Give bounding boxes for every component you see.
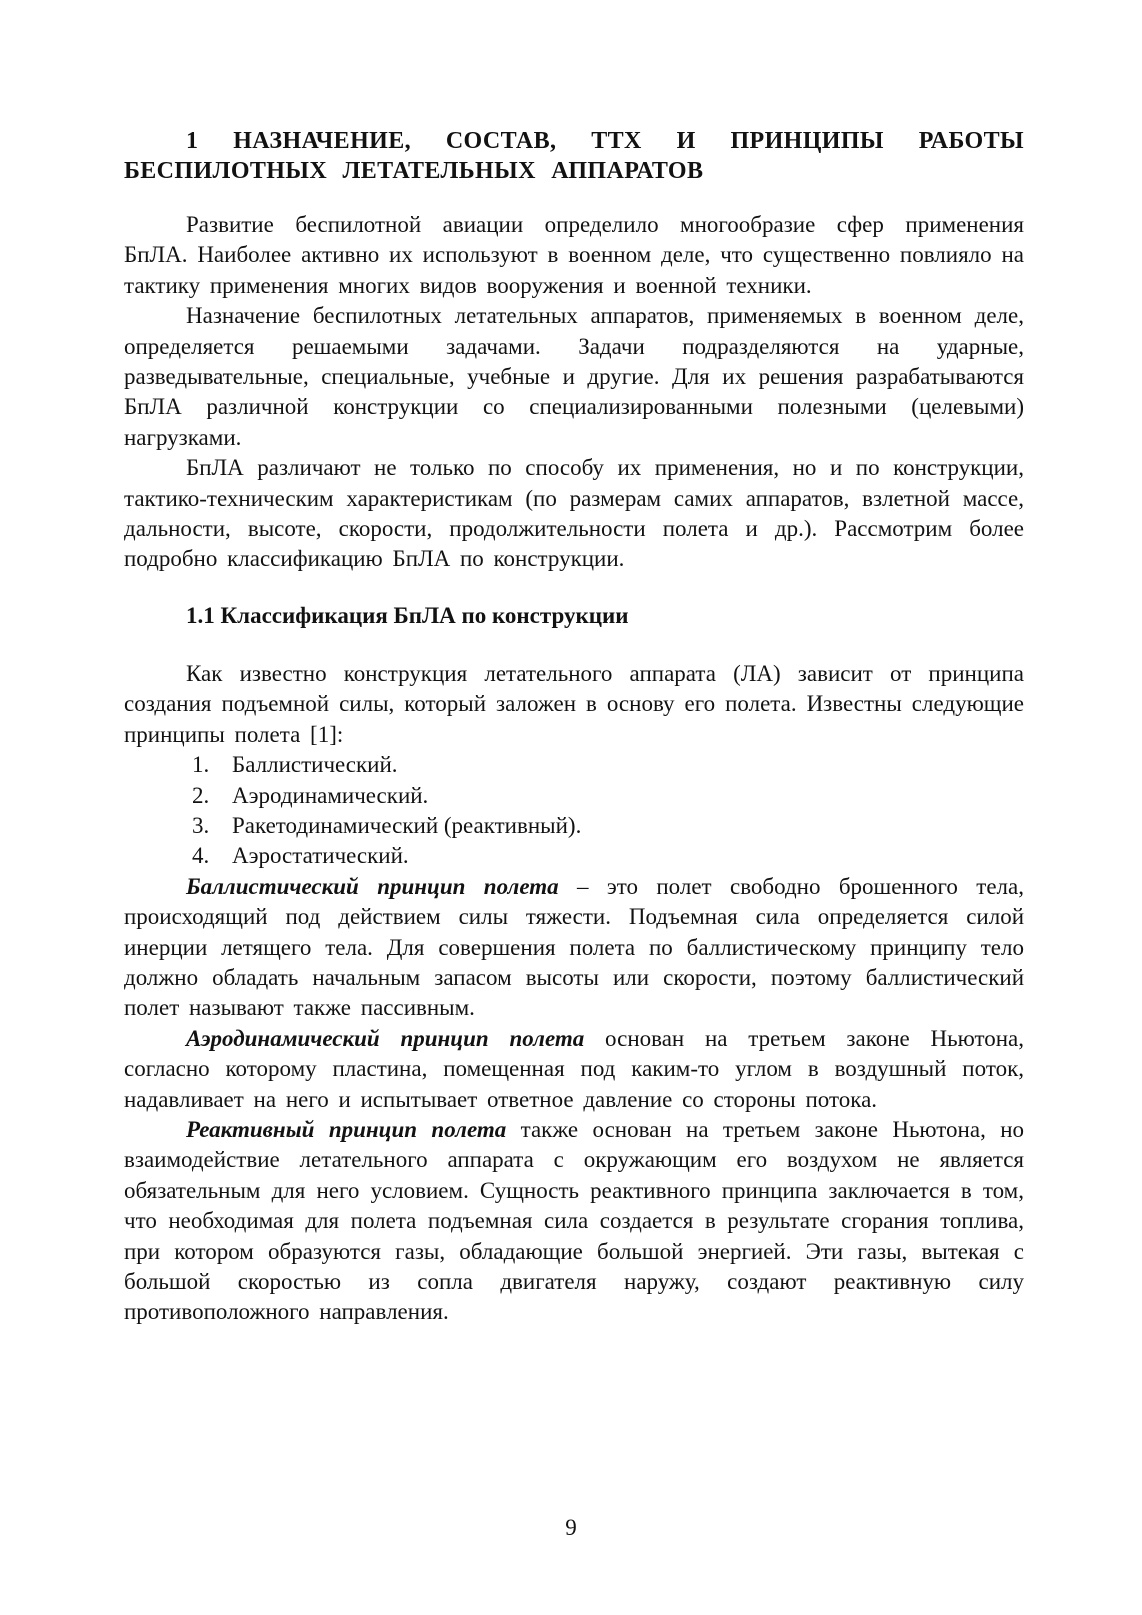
- list-item-number: 2.: [192, 781, 232, 811]
- list-item: 3.Ракетодинамический (реактивный).: [124, 811, 1024, 841]
- paragraph-aerodynamic-principle: Аэродинамический принцип полета основан …: [124, 1024, 1024, 1115]
- list-item-label: Ракетодинамический (реактивный).: [232, 813, 581, 838]
- paragraph-development: Развитие беспилотной авиации определило …: [124, 210, 1024, 301]
- paragraph-classification-intro: БпЛА различают не только по способу их п…: [124, 453, 1024, 575]
- paragraph-reactive-principle: Реактивный принцип полета также основан …: [124, 1115, 1024, 1328]
- principle-text: также основан на третьем законе Ньютона,…: [124, 1117, 1024, 1324]
- list-item-label: Баллистический.: [232, 752, 398, 777]
- paragraph-purpose: Назначение беспилотных летательных аппар…: [124, 301, 1024, 453]
- chapter-heading: 1 НАЗНАЧЕНИЕ, СОСТАВ, ТТХ И ПРИНЦИПЫ РАБ…: [124, 126, 1024, 186]
- list-item-label: Аэростатический.: [232, 843, 409, 868]
- list-item: 4.Аэростатический.: [124, 841, 1024, 871]
- page-number: 9: [0, 1513, 1142, 1543]
- list-item: 1.Баллистический.: [124, 750, 1024, 780]
- document-page: 1 НАЗНАЧЕНИЕ, СОСТАВ, ТТХ И ПРИНЦИПЫ РАБ…: [0, 0, 1142, 1615]
- text-column: 1 НАЗНАЧЕНИЕ, СОСТАВ, ТТХ И ПРИНЦИПЫ РАБ…: [124, 126, 1024, 1328]
- list-item-number: 4.: [192, 841, 232, 871]
- list-item-number: 1.: [192, 750, 232, 780]
- list-item-label: Аэродинамический.: [232, 783, 428, 808]
- paragraph-section-intro: Как известно конструкция летательного ап…: [124, 659, 1024, 750]
- principle-lead: Баллистический принцип полета: [186, 874, 559, 899]
- paragraph-ballistic-principle: Баллистический принцип полета – это поле…: [124, 872, 1024, 1024]
- list-item: 2.Аэродинамический.: [124, 781, 1024, 811]
- list-item-number: 3.: [192, 811, 232, 841]
- section-heading: 1.1 Классификация БпЛА по конструкции: [124, 601, 1024, 631]
- flight-principles-list: 1.Баллистический. 2.Аэродинамический. 3.…: [124, 750, 1024, 872]
- principle-lead: Аэродинамический принцип полета: [186, 1026, 584, 1051]
- principle-lead: Реактивный принцип полета: [186, 1117, 506, 1142]
